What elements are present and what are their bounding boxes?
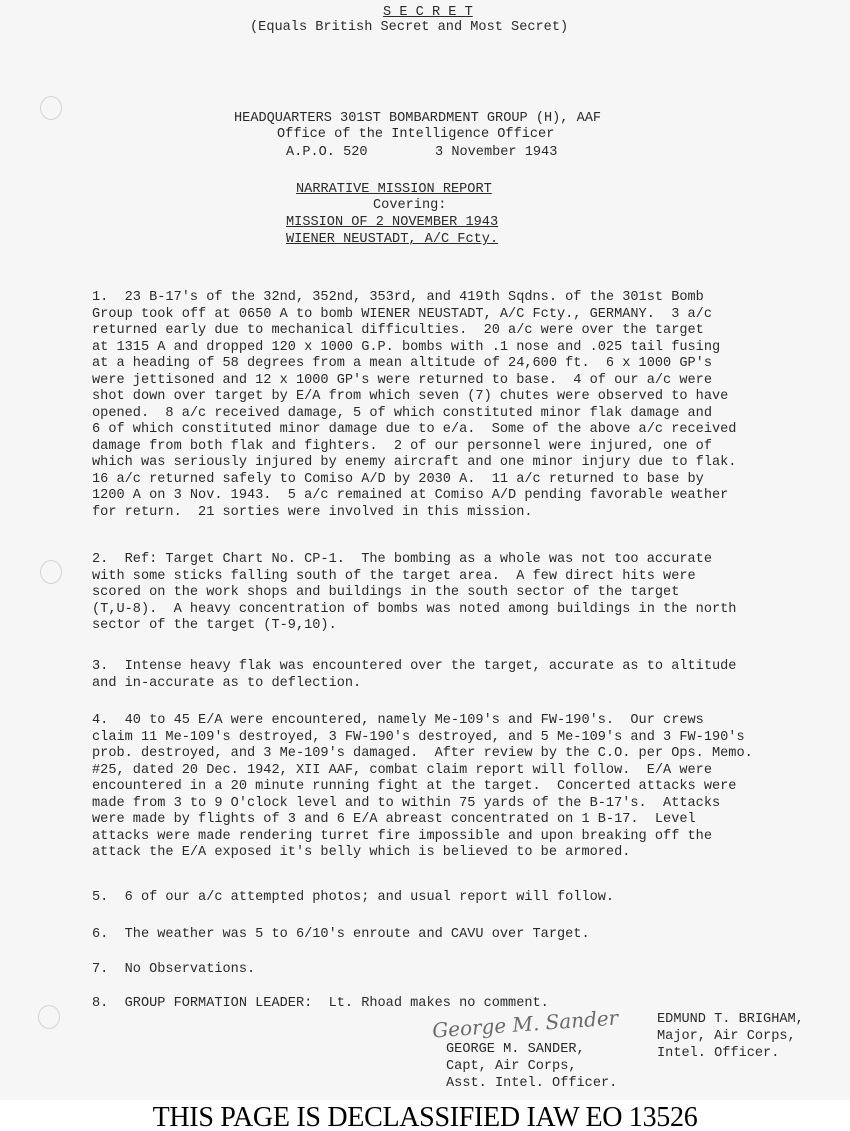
text-line: and in-accurate as to deflection. (92, 676, 822, 693)
text-line: for return. 21 sorties were involved in … (92, 505, 822, 522)
text-line: claim 11 Me-109's destroyed, 3 FW-190's … (92, 730, 822, 747)
intel-officer-rank: Major, Air Corps, (657, 1029, 796, 1046)
text-line: 16 a/c returned safely to Comiso A/D by … (92, 472, 822, 489)
text-line: 1200 A on 3 Nov. 1943. 5 a/c remained at… (92, 488, 822, 505)
text-line: 2. Ref: Target Chart No. CP-1. The bombi… (92, 552, 822, 569)
header-apo: A.P.O. 520 (286, 145, 368, 162)
text-line: at 1315 A and dropped 120 x 1000 G.P. bo… (92, 340, 822, 357)
text-line: encountered in a 20 minute running fight… (92, 779, 822, 796)
header-organization: HEADQUARTERS 301ST BOMBARDMENT GROUP (H)… (234, 111, 601, 128)
text-line: which was seriously injured by enemy air… (92, 455, 822, 472)
report-covering: Covering: (373, 198, 446, 215)
punch-hole (40, 560, 62, 584)
text-line: sector of the target (T-9,10). (92, 618, 822, 635)
text-line: opened. 8 a/c received damage, 5 of whic… (92, 406, 822, 423)
text-line: attack the E/A exposed it's belly which … (92, 845, 822, 862)
punch-hole (38, 1005, 60, 1029)
paragraph-6: 6. The weather was 5 to 6/10's enroute a… (92, 927, 822, 944)
text-line: were jettisoned and 12 x 1000 GP's were … (92, 373, 822, 390)
paragraph-5: 5. 6 of our a/c attempted photos; and us… (92, 890, 822, 907)
text-line: shot down over target by E/A from which … (92, 389, 822, 406)
declassification-notice: THIS PAGE IS DECLASSIFIED IAW EO 13526 (0, 1100, 850, 1131)
text-line: 1. 23 B-17's of the 32nd, 352nd, 353rd, … (92, 290, 822, 307)
text-line: 5. 6 of our a/c attempted photos; and us… (92, 890, 822, 907)
scanned-document-page: S E C R E T (Equals British Secret and M… (0, 0, 850, 1100)
report-target: WIENER NEUSTADT, A/C Fcty. (286, 232, 498, 249)
report-type: NARRATIVE MISSION REPORT (296, 182, 492, 199)
text-line: at a heading of 58 degrees from a mean a… (92, 356, 822, 373)
intel-officer-title: Intel. Officer. (657, 1046, 779, 1063)
text-line: prob. destroyed, and 3 Me-109's damaged.… (92, 746, 822, 763)
assistant-officer-title: Asst. Intel. Officer. (446, 1076, 617, 1093)
paragraph-7: 7. No Observations. (92, 962, 822, 979)
text-line: 4. 40 to 45 E/A were encountered, namely… (92, 713, 822, 730)
classification-note: (Equals British Secret and Most Secret) (250, 20, 568, 37)
text-line: attacks were made rendering turret fire … (92, 829, 822, 846)
text-line: 7. No Observations. (92, 962, 822, 979)
text-line: 8. GROUP FORMATION LEADER: Lt. Rhoad mak… (92, 996, 822, 1013)
text-line: returned early due to mechanical difficu… (92, 323, 822, 340)
text-line: made from 3 to 9 O'clock level and to wi… (92, 796, 822, 813)
text-line: were made by flights of 3 and 6 E/A abre… (92, 812, 822, 829)
text-line: (T,U-8). A heavy concentration of bombs … (92, 602, 822, 619)
paragraph-4: 4. 40 to 45 E/A were encountered, namely… (92, 713, 822, 862)
text-line: Group took off at 0650 A to bomb WIENER … (92, 307, 822, 324)
punch-hole (40, 96, 62, 120)
text-line: 3. Intense heavy flak was encountered ov… (92, 659, 822, 676)
intel-officer-name: EDMUND T. BRIGHAM, (657, 1012, 804, 1029)
text-line: 6. The weather was 5 to 6/10's enroute a… (92, 927, 822, 944)
assistant-officer-rank: Capt, Air Corps, (446, 1059, 577, 1076)
text-line: #25, dated 20 Dec. 1942, XII AAF, combat… (92, 763, 822, 780)
text-line: 6 of which constituted minor damage due … (92, 422, 822, 439)
text-line: damage from both flak and fighters. 2 of… (92, 439, 822, 456)
header-date: 3 November 1943 (435, 145, 557, 162)
report-mission: MISSION OF 2 NOVEMBER 1943 (286, 215, 498, 232)
paragraph-8: 8. GROUP FORMATION LEADER: Lt. Rhoad mak… (92, 996, 822, 1013)
paragraph-3: 3. Intense heavy flak was encountered ov… (92, 659, 822, 692)
text-line: scored on the work shops and buildings i… (92, 585, 822, 602)
paragraph-1: 1. 23 B-17's of the 32nd, 352nd, 353rd, … (92, 290, 822, 521)
text-line: with some sticks falling south of the ta… (92, 569, 822, 586)
header-office: Office of the Intelligence Officer (277, 127, 554, 144)
paragraph-2: 2. Ref: Target Chart No. CP-1. The bombi… (92, 552, 822, 635)
assistant-officer-name: GEORGE M. SANDER, (446, 1042, 585, 1059)
